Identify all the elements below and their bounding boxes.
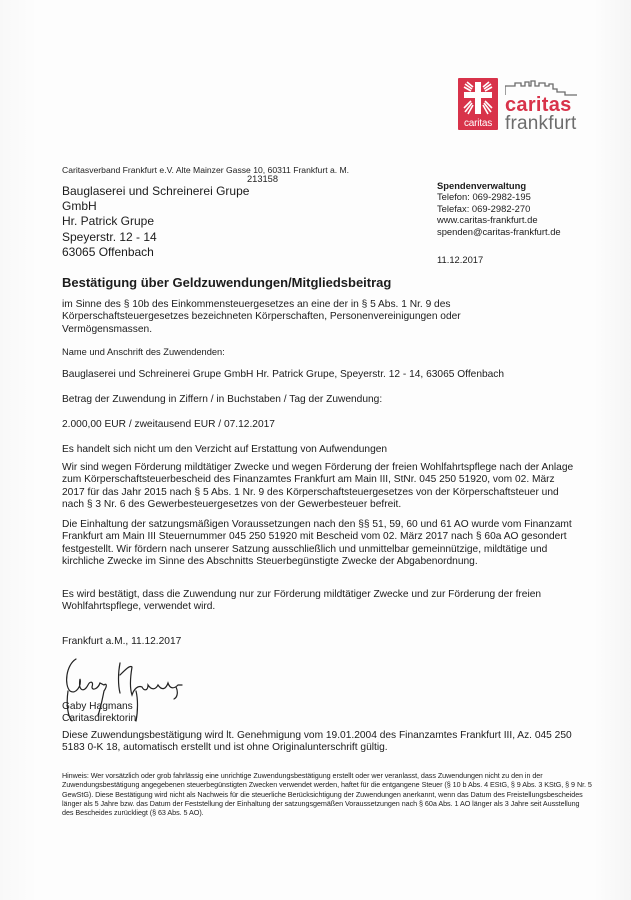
brand-name: caritas [505,95,572,115]
caritas-flame-cross-icon [462,81,494,115]
document-date: 11.12.2017 [437,254,483,265]
waiver-note: Es handelt sich nicht um den Verzicht au… [62,444,562,456]
compliance-paragraph: Die Einhaltung der satzungsmäßigen Vorau… [62,519,577,569]
contact-fax: Telefax: 069-2982-270 [437,203,561,214]
recipient-line: Hr. Patrick Grupe [62,214,249,229]
recipient-line: Bauglaserei und Schreinerei Grupe [62,184,249,199]
signatory-name: Gaby Hagmans [62,701,136,713]
exemption-paragraph: Wir sind wegen Förderung mildtätiger Zwe… [62,462,574,512]
recipient-address: Bauglaserei und Schreinerei Grupe GmbH H… [62,184,249,260]
legal-hint: Hinweis: Wer vorsätzlich oder grob fahrl… [62,771,592,817]
sender-reference-number: 213158 [247,174,278,184]
brand-city: frankfurt [505,114,577,134]
confirmation-paragraph: Es wird bestätigt, dass die Zuwendung nu… [62,589,577,614]
contact-website-link[interactable]: www.caritas-frankfurt.de [437,214,561,225]
sender-address-line: Caritasverband Frankfurt e.V. Alte Mainz… [62,165,349,175]
amount-label: Betrag der Zuwendung in Ziffern / in Buc… [62,394,562,406]
donor-label: Name und Anschrift des Zuwendenden: [62,346,562,358]
donor-value: Bauglaserei und Schreinerei Grupe GmbH H… [62,369,582,381]
place-date: Frankfurt a.M., 11.12.2017 [62,636,562,648]
contact-heading: Spendenverwaltung [437,180,561,191]
signatory-title: Caritasdirektorin [62,713,136,725]
contact-block: Spendenverwaltung Telefon: 069-2982-195 … [437,180,561,237]
caritas-logo-mark: caritas [458,78,498,130]
recipient-line: GmbH [62,199,249,214]
recipient-line: Speyerstr. 12 - 14 [62,230,249,245]
logo-box-word: caritas [458,118,498,129]
contact-phone: Telefon: 069-2982-195 [437,191,561,202]
recipient-line: 63065 Offenbach [62,245,249,260]
contact-email-link[interactable]: spenden@caritas-frankfurt.de [437,226,561,237]
automatic-issue-note: Diese Zuwendungsbestätigung wird lt. Gen… [62,730,582,755]
signatory: Gaby Hagmans Caritasdirektorin [62,701,136,725]
document-title: Bestätigung über Geldzuwendungen/Mitglie… [62,275,391,290]
amount-value: 2.000,00 EUR / zweitausend EUR / 07.12.2… [62,419,562,431]
intro-paragraph: im Sinne des § 10b des Einkommensteuerge… [62,299,532,336]
